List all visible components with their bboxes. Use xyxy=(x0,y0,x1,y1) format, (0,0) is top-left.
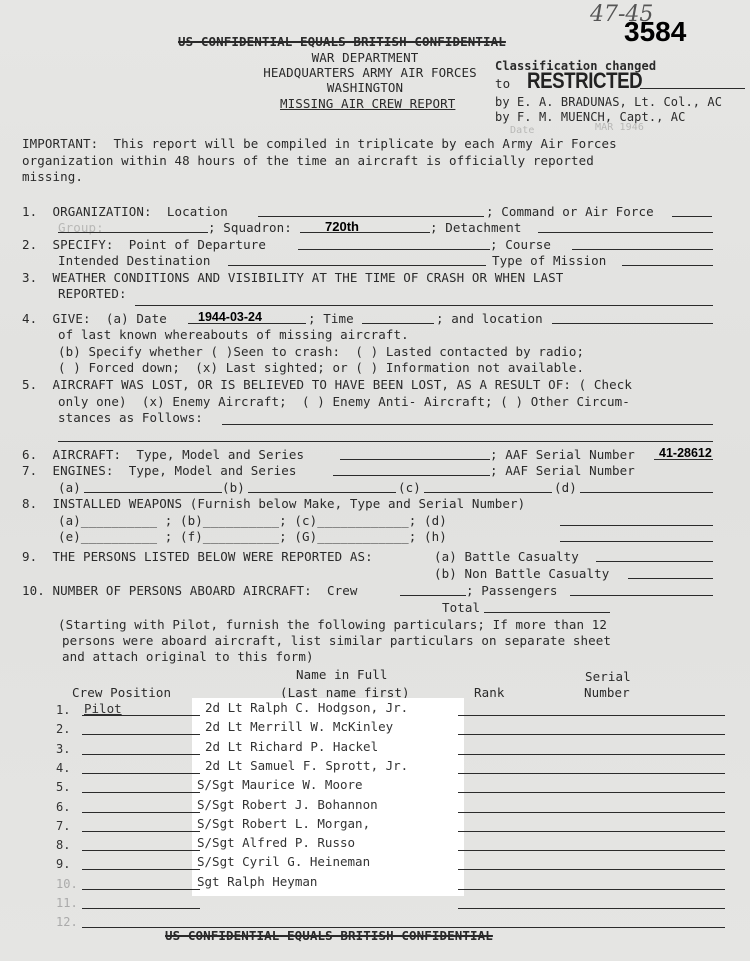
item-8-label: 8. INSTALLED WEAPONS (Furnish below Make… xyxy=(22,497,525,511)
engine-c-field xyxy=(424,492,552,493)
crew-position-field xyxy=(82,734,200,735)
crew-row-number: 9. xyxy=(56,857,70,871)
crew-position-field xyxy=(82,831,200,832)
course-label: ; Course xyxy=(490,238,551,252)
crew-position-field xyxy=(82,754,200,755)
item-4-line-2: of last known whereabouts of missing air… xyxy=(58,328,409,342)
passengers-label: ; Passengers xyxy=(466,584,558,598)
total-field xyxy=(484,612,610,613)
battle-casualty-field xyxy=(596,561,713,562)
course-field xyxy=(572,249,713,250)
crew-position-field xyxy=(82,850,200,851)
crew-row-number: 2. xyxy=(56,722,70,736)
reclassified-by-2: by F. M. MUENCH, Capt., AC xyxy=(495,110,685,124)
reclass-date: MAR 1946 xyxy=(595,121,644,135)
crew-position-field xyxy=(82,908,200,909)
crew-rank-serial-field xyxy=(458,908,725,909)
crew-position-field xyxy=(82,792,200,793)
crew-position-field xyxy=(82,812,200,813)
engine-a-label: (a) xyxy=(58,481,81,495)
crew-rank-serial-field xyxy=(458,850,725,851)
time-field xyxy=(362,323,434,324)
crew-row-number: 4. xyxy=(56,761,70,775)
item-3-line-1: 3. WEATHER CONDITIONS AND VISIBILITY AT … xyxy=(22,271,563,285)
header-name-1: Name in Full xyxy=(296,668,388,682)
crew-member-name: 2d Lt Samuel F. Sprott, Jr. xyxy=(205,758,408,773)
squadron-label: ; Squadron: xyxy=(208,221,292,235)
aircraft-serial-label: ; AAF Serial Number xyxy=(490,448,635,462)
crew-row-number: 1. xyxy=(56,703,70,717)
item-4-b-line-1: (b) Specify whether ( )Seen to crash: ( … xyxy=(58,345,584,359)
destination-label: Intended Destination xyxy=(58,254,211,268)
item-3-line-2: REPORTED: xyxy=(58,287,127,301)
passengers-field xyxy=(570,595,713,596)
non-battle-casualty-label: (b) Non Battle Casualty xyxy=(434,567,609,581)
mission-field xyxy=(622,265,713,266)
engine-serial-label: ; AAF Serial Number xyxy=(490,464,635,478)
crew-rank-serial-field xyxy=(458,734,725,735)
crew-rank-serial-field xyxy=(458,869,725,870)
weapons-row-1: (a)__________ ; (b)__________; (c)______… xyxy=(58,514,447,528)
engine-a-field xyxy=(84,492,222,493)
group-field xyxy=(58,232,208,233)
crew-row-number: 11. xyxy=(56,896,78,910)
command-field xyxy=(672,216,712,217)
item-7-label: 7. ENGINES: Type, Model and Series xyxy=(22,464,297,478)
crew-member-name: S/Sgt Robert L. Morgan, xyxy=(197,816,370,831)
crew-position-field xyxy=(82,773,200,774)
reclassified-by-1: by E. A. BRADUNAS, Lt. Col., AC xyxy=(495,95,722,109)
detachment-label: ; Detachment xyxy=(430,221,522,235)
crew-member-name: S/Sgt Maurice W. Moore xyxy=(197,777,363,792)
crew-position-field xyxy=(82,869,200,870)
crew-row-number: 5. xyxy=(56,780,70,794)
reclass-underline xyxy=(640,88,745,89)
crew-row-number: 8. xyxy=(56,838,70,852)
crew-rank-serial-field xyxy=(458,754,725,755)
crew-member-name: Sgt Ralph Heyman xyxy=(197,874,317,889)
aircraft-serial-value: 41-28612 xyxy=(659,446,712,460)
header-crew-position: Crew Position xyxy=(72,686,171,700)
crew-member-name: 2d Lt Richard P. Hackel xyxy=(205,739,378,754)
engine-b-label: (b) xyxy=(222,481,245,495)
location-field xyxy=(258,216,484,217)
engine-d-field xyxy=(580,492,713,493)
classification-bottom: US CONFIDENTIAL EQUALS BRITISH CONFIDENT… xyxy=(165,929,493,943)
aircraft-type-field xyxy=(340,459,490,460)
item-10-label: 10. NUMBER OF PERSONS ABOARD AIRCRAFT: C… xyxy=(22,584,358,598)
header-serial-1: Serial xyxy=(585,670,631,684)
location-4-field xyxy=(552,323,713,324)
location-4-label: ; and location xyxy=(436,312,543,326)
weapon-h-field xyxy=(560,541,713,542)
crew-rank-serial-field xyxy=(458,715,725,716)
crew-row-number: 6. xyxy=(56,800,70,814)
engine-d-label: (d) xyxy=(554,481,577,495)
item-2-label: 2. SPECIFY: Point of Departure xyxy=(22,238,266,252)
item-4-label: 4. GIVE: (a) Date xyxy=(22,312,167,326)
circumstances-field xyxy=(222,424,713,425)
detachment-field xyxy=(538,232,713,233)
important-line-3: missing. xyxy=(22,170,83,184)
city-heading: WASHINGTON xyxy=(250,81,480,95)
squadron-field xyxy=(300,232,430,233)
mission-label: Type of Mission xyxy=(492,254,606,268)
crew-row-number: 7. xyxy=(56,819,70,833)
crew-member-name: S/Sgt Alfred P. Russo xyxy=(197,835,355,850)
command-label: ; Command or Air Force xyxy=(486,205,654,219)
instructions-line-2: persons were aboard aircraft, list simil… xyxy=(62,634,611,648)
hq-heading: HEADQUARTERS ARMY AIR FORCES xyxy=(240,66,500,80)
departure-field xyxy=(298,249,490,250)
item-5-line-2: only one) (x) Enemy Aircraft; ( ) Enemy … xyxy=(58,395,630,409)
crew-member-name: S/Sgt Robert J. Bohannon xyxy=(197,797,378,812)
instructions-line-1: (Starting with Pilot, furnish the follow… xyxy=(58,618,607,632)
engine-b-field xyxy=(248,492,396,493)
weapons-row-2: (e)__________ ; (f)__________; (G)______… xyxy=(58,530,447,544)
item-1-label: 1. ORGANIZATION: Location xyxy=(22,205,228,219)
header-serial-2: Number xyxy=(584,686,630,700)
crew-member-name: 2d Lt Ralph C. Hodgson, Jr. xyxy=(205,700,408,715)
crew-member-name: 2d Lt Merrill W. McKinley xyxy=(205,719,393,734)
crew-rank-serial-field xyxy=(458,812,725,813)
item-4-b-line-2: ( ) Forced down; (x) Last sighted; or ( … xyxy=(58,361,584,375)
item-9-label: 9. THE PERSONS LISTED BELOW WERE REPORTE… xyxy=(22,550,373,564)
crew-rank-serial-field xyxy=(458,889,725,890)
crew-rank-serial-field xyxy=(458,773,725,774)
crew-row-number: 12. xyxy=(56,915,78,929)
crew-count-field xyxy=(400,595,466,596)
engine-type-field xyxy=(333,475,490,476)
department-heading: WAR DEPARTMENT xyxy=(250,51,480,65)
missing-air-crew-report-page: 47-45 3584 US CONFIDENTIAL EQUALS BRITIS… xyxy=(0,0,750,961)
non-battle-casualty-field xyxy=(628,578,713,579)
crew-position: Pilot xyxy=(84,701,122,716)
aircraft-serial-field xyxy=(654,459,713,460)
weather-field xyxy=(135,305,713,306)
weapon-d-field xyxy=(560,525,713,526)
crew-row-number: 10. xyxy=(56,877,78,891)
crew-rank-serial-field xyxy=(458,831,725,832)
instructions-line-3: and attach original to this form) xyxy=(62,650,314,664)
date-value: 1944-03-24 xyxy=(198,310,262,324)
classification-top: US CONFIDENTIAL EQUALS BRITISH CONFIDENT… xyxy=(178,35,506,49)
circumstances-field-2 xyxy=(58,441,713,442)
item-5-line-1: 5. AIRCRAFT WAS LOST, OR IS BELIEVED TO … xyxy=(22,378,632,392)
date-field xyxy=(188,323,306,324)
item-5-line-3: stances as Follows: xyxy=(58,411,203,425)
important-line-2: organization within 48 hours of the time… xyxy=(22,154,594,168)
restricted-stamp: RESTRICTED xyxy=(527,68,642,94)
crew-position-field xyxy=(82,889,200,890)
important-line-1: IMPORTANT: This report will be compiled … xyxy=(22,137,617,151)
reclassification-to: to xyxy=(495,77,510,91)
crew-row-number: 3. xyxy=(56,742,70,756)
report-title: MISSING AIR CREW REPORT xyxy=(280,97,455,111)
header-rank: Rank xyxy=(474,686,505,700)
item-6-label: 6. AIRCRAFT: Type, Model and Series xyxy=(22,448,304,462)
total-label: Total xyxy=(442,601,480,615)
crew-rank-serial-field xyxy=(458,792,725,793)
engine-c-label: (c) xyxy=(398,481,421,495)
battle-casualty-label: (a) Battle Casualty xyxy=(434,550,579,564)
document-number: 3584 xyxy=(624,16,686,48)
destination-field xyxy=(228,265,486,266)
crew-member-name: S/Sgt Cyril G. Heineman xyxy=(197,854,370,869)
time-label: ; Time xyxy=(308,312,354,326)
